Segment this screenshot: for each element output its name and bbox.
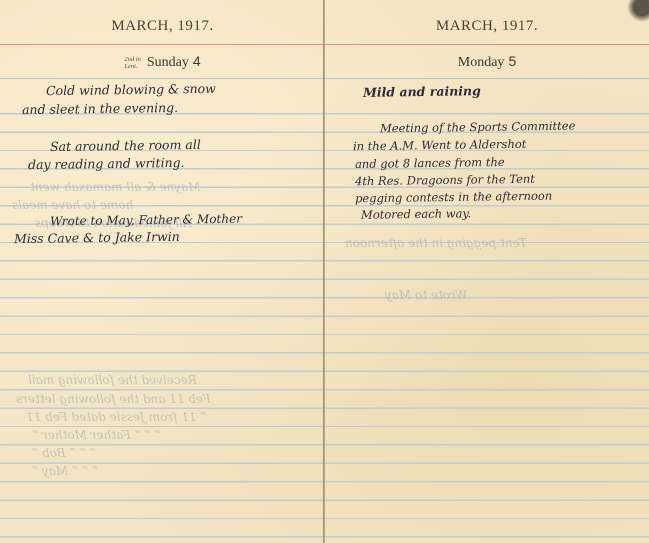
day-name: Sunday [147, 55, 189, 70]
day-number: 4 [193, 53, 201, 69]
month-header: MARCH, 1917. [325, 18, 649, 35]
bleed-through-text: ” ” ” Bob ” [32, 446, 96, 460]
red-header-rule [0, 44, 325, 45]
bleed-through-text: ” ” ” May ” [32, 464, 98, 478]
bleed-through-text: Feb 11 and the following letters [16, 392, 211, 406]
entry-line: day reading and writing. [28, 155, 185, 172]
entry-line: and sleet in the evening. [22, 100, 178, 117]
red-header-rule [325, 44, 649, 45]
bleed-through-text: Mayne & all mamaxah went [30, 180, 200, 194]
entry-line: in the A.M. Went to Aldershot [353, 137, 527, 153]
entry-line: pegging contests in the afternoon [355, 189, 552, 206]
header-rule [0, 78, 325, 79]
entry-line: Miss Cave & to Jake Irwin [14, 229, 180, 246]
bleed-through-text: Received the following mail [28, 373, 197, 387]
left-page: MARCH, 1917. 2nd inLent.Sunday4 Mayne & … [0, 0, 325, 543]
header-rule [325, 78, 649, 79]
entry-line: Cold wind blowing & snow [46, 81, 216, 98]
liturgical-note: 2nd inLent. [124, 56, 140, 70]
day-header: 2nd inLent.Sunday4 [0, 53, 325, 71]
entry-line: Wrote to May, Father & Mother [50, 212, 242, 229]
diary-spread: MARCH, 1917. 2nd inLent.Sunday4 Mayne & … [0, 0, 649, 543]
entry-line: and got 8 lances from the [355, 155, 505, 171]
bleed-through-text: ” ” ” Father Mother ” [32, 428, 161, 442]
entry-line: 4th Res. Dragoons for the Tent [355, 172, 535, 189]
entry-line: Meeting of the Sports Committee [380, 119, 576, 136]
bleed-through-text: Tent pegging in the afternoon [345, 236, 527, 250]
entry-line: Motored each way. [361, 206, 471, 222]
bleed-through-text: Wrote to May [385, 288, 468, 302]
bleed-through-text: ” 11 from Jessie dated Feb 11 [26, 410, 206, 424]
entry-line: Sat around the room all [50, 137, 201, 154]
month-header: MARCH, 1917. [0, 18, 325, 35]
day-number: 5 [508, 53, 516, 69]
day-header: Monday5 [325, 53, 649, 71]
right-page: MARCH, 1917. Monday5 Tent pegging in the… [325, 0, 649, 543]
day-name: Monday [458, 55, 505, 70]
entry-line: Mild and raining [363, 83, 481, 100]
bleed-through-text: home to have meals [12, 198, 133, 212]
